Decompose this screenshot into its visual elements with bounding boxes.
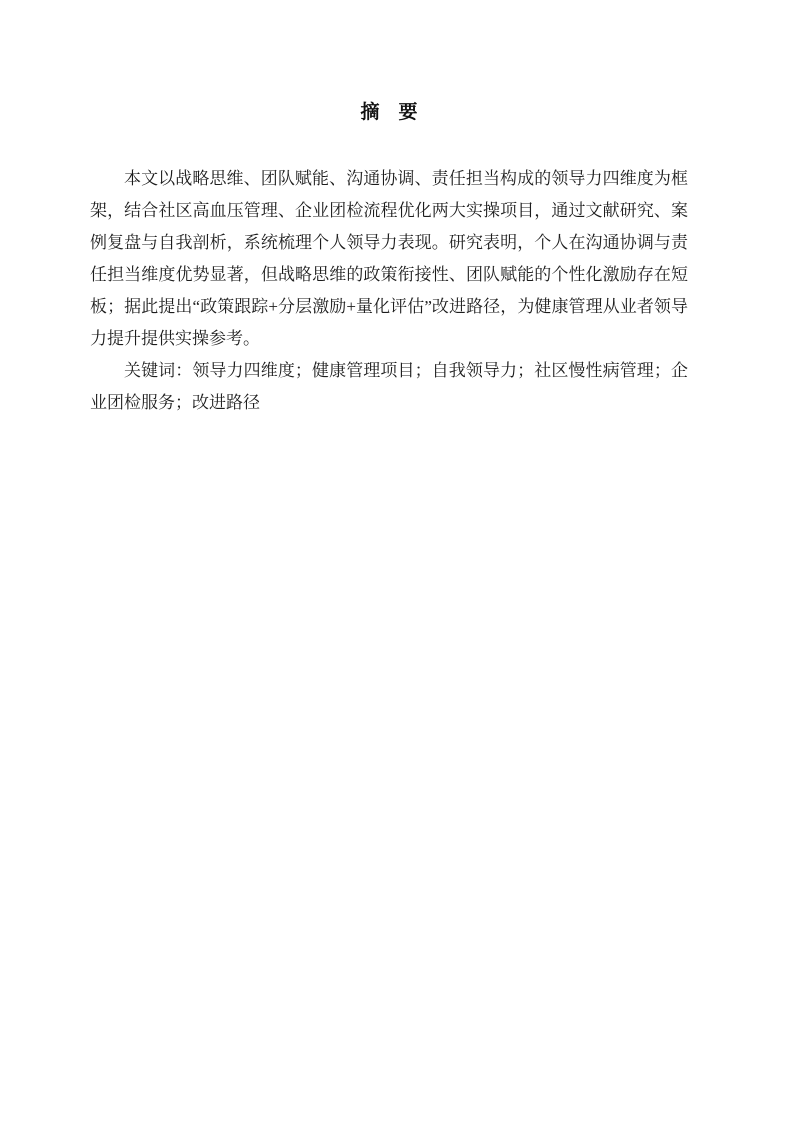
document-page: 摘 要 本文以战略思维、团队赋能、沟通协调、责任担当构成的领导力四维度为框架，结… (0, 0, 793, 1122)
keywords-paragraph: 关键词：领导力四维度；健康管理项目；自我领导力；社区慢性病管理；企业团检服务；改… (90, 355, 688, 419)
page-title: 摘 要 (90, 100, 688, 126)
abstract-paragraph: 本文以战略思维、团队赋能、沟通协调、责任担当构成的领导力四维度为框架，结合社区高… (90, 163, 688, 355)
